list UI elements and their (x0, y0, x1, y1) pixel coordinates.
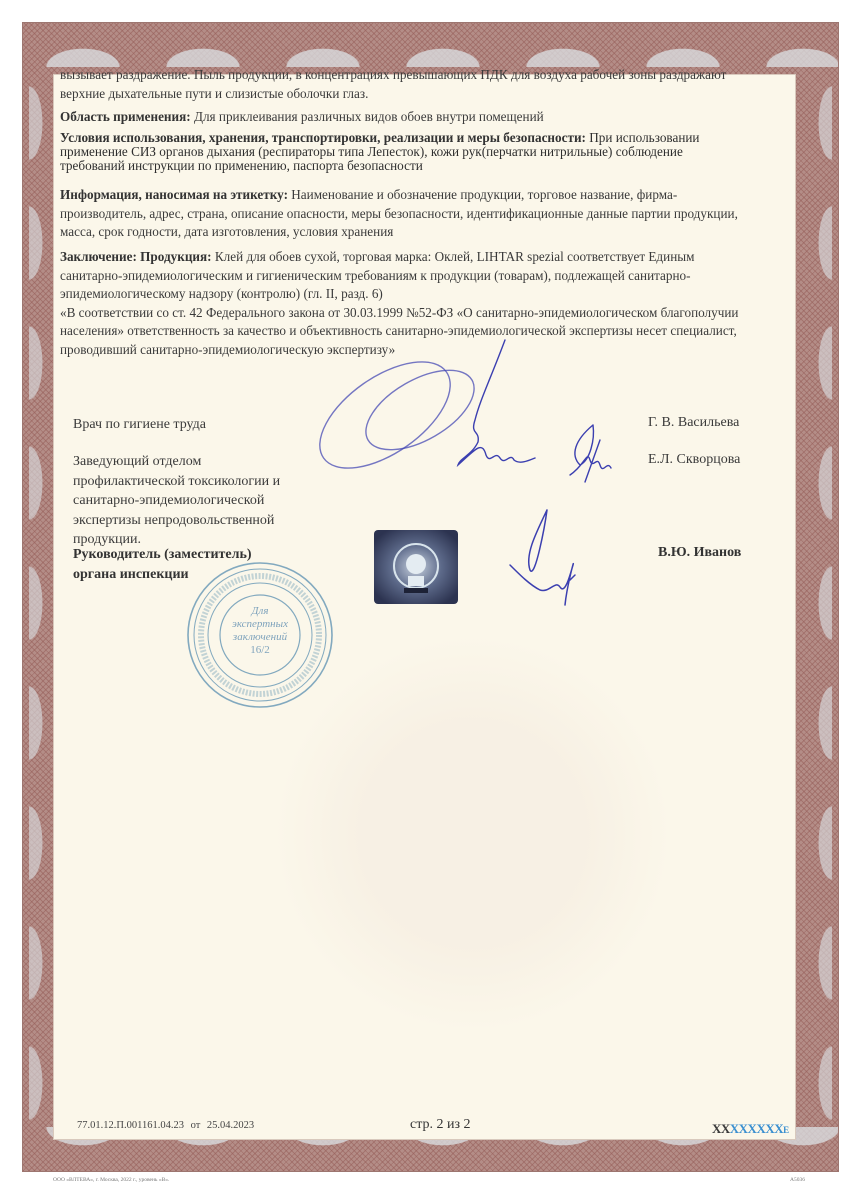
from-word: от (191, 1120, 201, 1131)
stamp-line: Для (225, 605, 295, 618)
label-info-line: масса, срок годности, дата изготовления,… (60, 223, 795, 242)
conclusion-line: санитарно-эпидемиологическим и гигиениче… (60, 267, 795, 286)
usage-conditions: Условия использования, хранения, транспо… (60, 131, 795, 173)
stamp-line: заключений (225, 631, 295, 644)
department-head-name: Е.Л. Скворцова (648, 452, 740, 468)
border-guilloche-left (29, 63, 51, 1131)
conclusion-line: населения» ответственность за качество и… (60, 322, 795, 341)
printer-info: ООО «ВЛТЕВА», г. Москва, 2022 г., уровен… (53, 1177, 169, 1183)
page-indicator: стр. 2 из 2 (410, 1117, 471, 1133)
stamp-line: 16/2 (225, 644, 295, 657)
title-line: экспертизы непродовольственной (73, 511, 280, 531)
intro-line: вызывает раздражение. Пыль продукции, в … (60, 66, 795, 85)
intro-line: верхние дыхательные пути и слизистые обо… (60, 85, 795, 104)
serial-suffix: E (783, 1125, 789, 1135)
title-line: санитарно-эпидемиологической (73, 491, 280, 511)
title-line: Заведующий отделом (73, 452, 280, 472)
emblem-hologram-icon (372, 528, 460, 606)
intro-paragraph: вызывает раздражение. Пыль продукции, в … (60, 66, 795, 103)
doc-number-value: 77.01.12.П.001161.04.23 (77, 1120, 184, 1131)
usage-conditions-text: При использовании (589, 130, 699, 145)
stamp-line: экспертных (225, 618, 295, 631)
application-area-label: Область применения: (60, 109, 191, 124)
application-area-text: Для приклеивания различных видов обоев в… (194, 109, 544, 124)
title-line: профилактической токсикологии и (73, 472, 280, 492)
label-info-text: Наименование и обозначение продукции, то… (291, 187, 677, 202)
print-code: А5036 (790, 1177, 805, 1183)
label-info: Информация, наносимая на этикетку: Наиме… (60, 186, 795, 242)
application-area: Область применения: Для приклеивания раз… (60, 108, 795, 127)
label-info-line: производитель, адрес, страна, описание о… (60, 205, 795, 224)
signature-skvortsova-icon (565, 420, 625, 490)
product-label: Продукция: (140, 249, 211, 264)
doc-date: 25.04.2023 (207, 1120, 254, 1131)
conclusion-text: Клей для обоев сухой, торговая марка: Ок… (215, 249, 695, 264)
hygiene-doctor-title: Врач по гигиене труда (73, 415, 206, 435)
inspection-head-name: В.Ю. Иванов (658, 545, 741, 561)
conclusion-line: эпидемиологическому надзору (контролю) (… (60, 285, 795, 304)
signature-vasilieva-icon (300, 340, 540, 490)
conclusion-line: «В соответствии со ст. 42 Федерального з… (60, 304, 795, 323)
serial-prefix: XX (712, 1121, 730, 1136)
document-number: 77.01.12.П.001161.04.23 от 25.04.2023 (77, 1120, 254, 1131)
usage-conditions-line: требований инструкции по применению, пас… (60, 159, 795, 173)
usage-conditions-label: Условия использования, хранения, транспо… (60, 130, 586, 145)
hygiene-doctor-name: Г. В. Васильева (648, 415, 739, 431)
serial-highlight: XXXXXX (730, 1121, 783, 1136)
department-head-title: Заведующий отделом профилактической токс… (73, 452, 280, 550)
serial-number: XXXXXXXXE (712, 1121, 789, 1137)
signature-ivanov-icon (505, 495, 585, 615)
label-info-label: Информация, наносимая на этикетку: (60, 187, 288, 202)
usage-conditions-line: применение СИЗ органов дыхания (респират… (60, 145, 795, 159)
border-guilloche-right (810, 63, 832, 1131)
border-guilloche-top (23, 37, 838, 67)
stamp-center-text: Для экспертных заключений 16/2 (225, 605, 295, 657)
conclusion-label: Заключение: (60, 249, 137, 264)
